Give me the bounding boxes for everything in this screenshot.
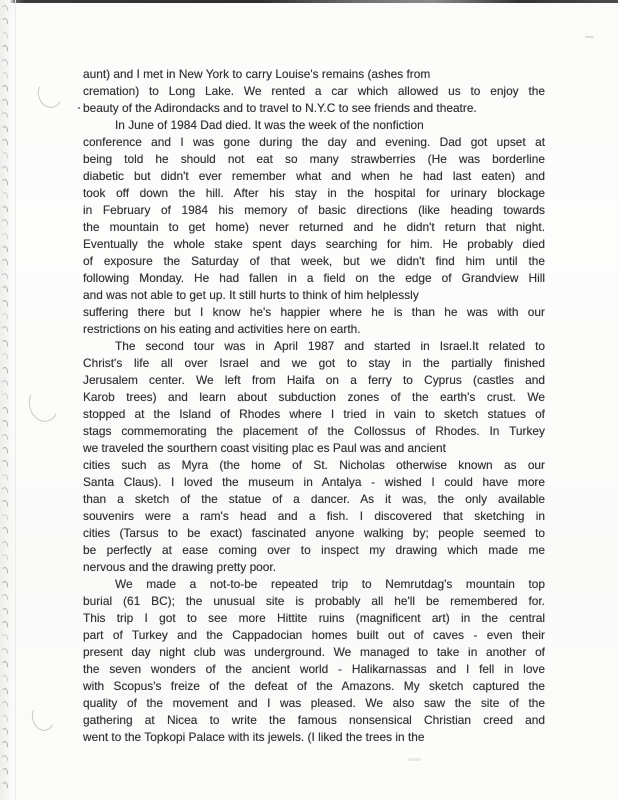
text-line: nervous and the drawing pretty poor.	[83, 559, 545, 576]
text-line: This trip I got to see more Hittite ruin…	[83, 610, 545, 627]
spiral-mark	[1, 661, 9, 670]
text-line: be perfectly at ease coming over to insp…	[83, 542, 545, 559]
spiral-mark	[1, 620, 9, 629]
text-line: Santa Claus). I loved the museum in Anta…	[83, 474, 545, 491]
scan-speck	[78, 107, 80, 109]
text-line: the mountain to get home) never returned…	[83, 219, 545, 236]
text-line: souvenirs were a ram's head and a fish. …	[83, 508, 545, 525]
scan-speck	[408, 758, 421, 761]
text-line: stags commemorating the placement of the…	[83, 423, 545, 440]
text-line: conference and I was gone during the day…	[83, 134, 545, 151]
text-line: and was not able to get up. It still hur…	[83, 287, 545, 304]
spiral-mark	[1, 460, 9, 469]
spiral-mark	[1, 326, 10, 336]
text-line: the seven wonders of the ancient world -…	[83, 661, 545, 678]
text-line: beauty of the Adirondacks and to travel …	[83, 100, 545, 117]
text-line: in February of 1984 his memory of basic …	[83, 202, 545, 219]
text-line: following Monday. He had fallen in a fie…	[83, 270, 545, 287]
spiral-mark	[1, 138, 9, 147]
text-line: burial (61 BC); the unusual site is prob…	[83, 593, 545, 610]
text-line: stopped at the Island of Rhodes where I …	[83, 406, 545, 423]
spiral-binding-marks	[2, 5, 14, 797]
text-line: Christ's life all over Israel and we got…	[83, 355, 545, 372]
spiral-mark	[1, 312, 9, 321]
text-line: than a sketch of the statue of a dancer.…	[83, 491, 545, 508]
text-line: cremation) to Long Lake. We rented a car…	[83, 83, 545, 100]
spiral-mark	[1, 259, 9, 268]
text-line: We made a not-to-be repeated trip to Nem…	[83, 576, 545, 593]
scan-top-edge	[0, 0, 618, 3]
text-line: of exposure the Saturday of that week, b…	[83, 253, 545, 270]
spiral-mark	[1, 272, 10, 282]
text-line: we traveled the sourthern coast visiting…	[83, 440, 545, 457]
text-line: quality of the movement and I was please…	[83, 695, 545, 712]
text-line: aunt) and I met in New York to carry Lou…	[83, 66, 545, 83]
spiral-mark	[1, 700, 10, 710]
text-line: Jerusalem center. We left from Haifa on …	[83, 372, 545, 389]
spiral-mark	[1, 165, 10, 175]
spiral-mark	[1, 58, 10, 68]
spiral-mark	[1, 714, 9, 723]
spiral-mark	[1, 593, 10, 603]
spiral-mark	[1, 232, 9, 241]
text-line: cities (Tarsus to be exact) fascinated a…	[83, 525, 545, 542]
text-line: gathering at Nicea to write the famous n…	[83, 712, 545, 729]
spiral-mark	[1, 98, 9, 107]
spiral-mark	[1, 31, 9, 40]
text-line: restrictions on his eating and activitie…	[83, 321, 545, 338]
text-line: In June of 1984 Dad died. It was the wee…	[83, 117, 545, 134]
text-line: being told he should not eat so many str…	[83, 151, 545, 168]
spiral-mark	[1, 768, 9, 777]
spiral-mark	[1, 205, 9, 214]
scanned-page: aunt) and I met in New York to carry Lou…	[0, 0, 618, 800]
spiral-mark	[1, 85, 9, 94]
text-line: The second tour was in April 1987 and st…	[83, 338, 545, 355]
spiral-mark	[1, 420, 9, 429]
spiral-mark	[1, 366, 9, 375]
spiral-mark	[1, 473, 9, 482]
spiral-mark	[1, 540, 10, 550]
text-line: took off down the hill. After his stay i…	[83, 185, 545, 202]
spiral-mark	[1, 446, 9, 455]
spiral-mark	[1, 580, 9, 589]
spiral-mark	[1, 647, 10, 657]
paragraph: We made a not-to-be repeated trip to Nem…	[83, 576, 545, 746]
spiral-mark	[1, 567, 9, 576]
binder-ring-shadow	[35, 77, 66, 111]
spiral-mark	[1, 674, 9, 683]
binder-ring-shadow	[29, 701, 58, 733]
spiral-mark	[1, 754, 10, 764]
spiral-mark	[1, 192, 9, 201]
spiral-mark	[1, 245, 9, 254]
document-text: aunt) and I met in New York to carry Lou…	[83, 66, 545, 746]
scan-speck	[585, 36, 594, 38]
text-line: Eventually the whole stake spent days se…	[83, 236, 545, 253]
text-line: cities such as Myra (the home of St. Nic…	[83, 457, 545, 474]
spiral-mark	[1, 18, 9, 27]
text-line: with Scopus's freize of the defeat of th…	[83, 678, 545, 695]
text-line: went to the Topkopi Palace with its jewe…	[83, 729, 545, 746]
binder-ring-shadow	[25, 384, 63, 426]
spiral-mark	[1, 286, 9, 295]
spiral-mark	[1, 152, 9, 161]
paragraph: In June of 1984 Dad died. It was the wee…	[83, 117, 545, 338]
spiral-mark	[1, 406, 9, 415]
text-line: part of Turkey and the Cappadocian homes…	[83, 627, 545, 644]
spiral-mark	[1, 71, 9, 80]
spiral-mark	[1, 553, 9, 562]
spiral-mark	[1, 527, 9, 536]
spiral-mark	[1, 433, 10, 443]
spiral-mark	[1, 299, 9, 308]
spiral-mark	[1, 486, 10, 496]
spiral-mark	[1, 178, 9, 187]
spiral-mark	[1, 125, 9, 134]
spiral-mark	[1, 500, 9, 509]
spiral-mark	[1, 727, 9, 736]
paragraph: aunt) and I met in New York to carry Lou…	[83, 66, 545, 117]
spiral-mark	[1, 353, 9, 362]
spiral-mark	[1, 741, 9, 750]
text-line: suffering there but I know he's happier …	[83, 304, 545, 321]
spiral-mark	[1, 513, 9, 522]
spiral-mark	[1, 111, 10, 121]
text-line: Karob trees) and learn about subduction …	[83, 389, 545, 406]
spiral-mark	[1, 339, 9, 348]
paragraph: The second tour was in April 1987 and st…	[83, 338, 545, 576]
text-line: diabetic but didn't ever remember what a…	[83, 168, 545, 185]
spiral-mark	[1, 393, 9, 402]
spiral-mark	[1, 607, 9, 616]
spiral-mark	[1, 218, 10, 228]
spiral-mark	[1, 379, 10, 389]
spiral-mark	[1, 45, 9, 54]
spiral-mark	[1, 4, 10, 14]
spiral-mark	[1, 687, 9, 696]
spiral-mark	[1, 781, 9, 790]
text-line: present day night club was underground. …	[83, 644, 545, 661]
spiral-mark	[1, 634, 9, 643]
